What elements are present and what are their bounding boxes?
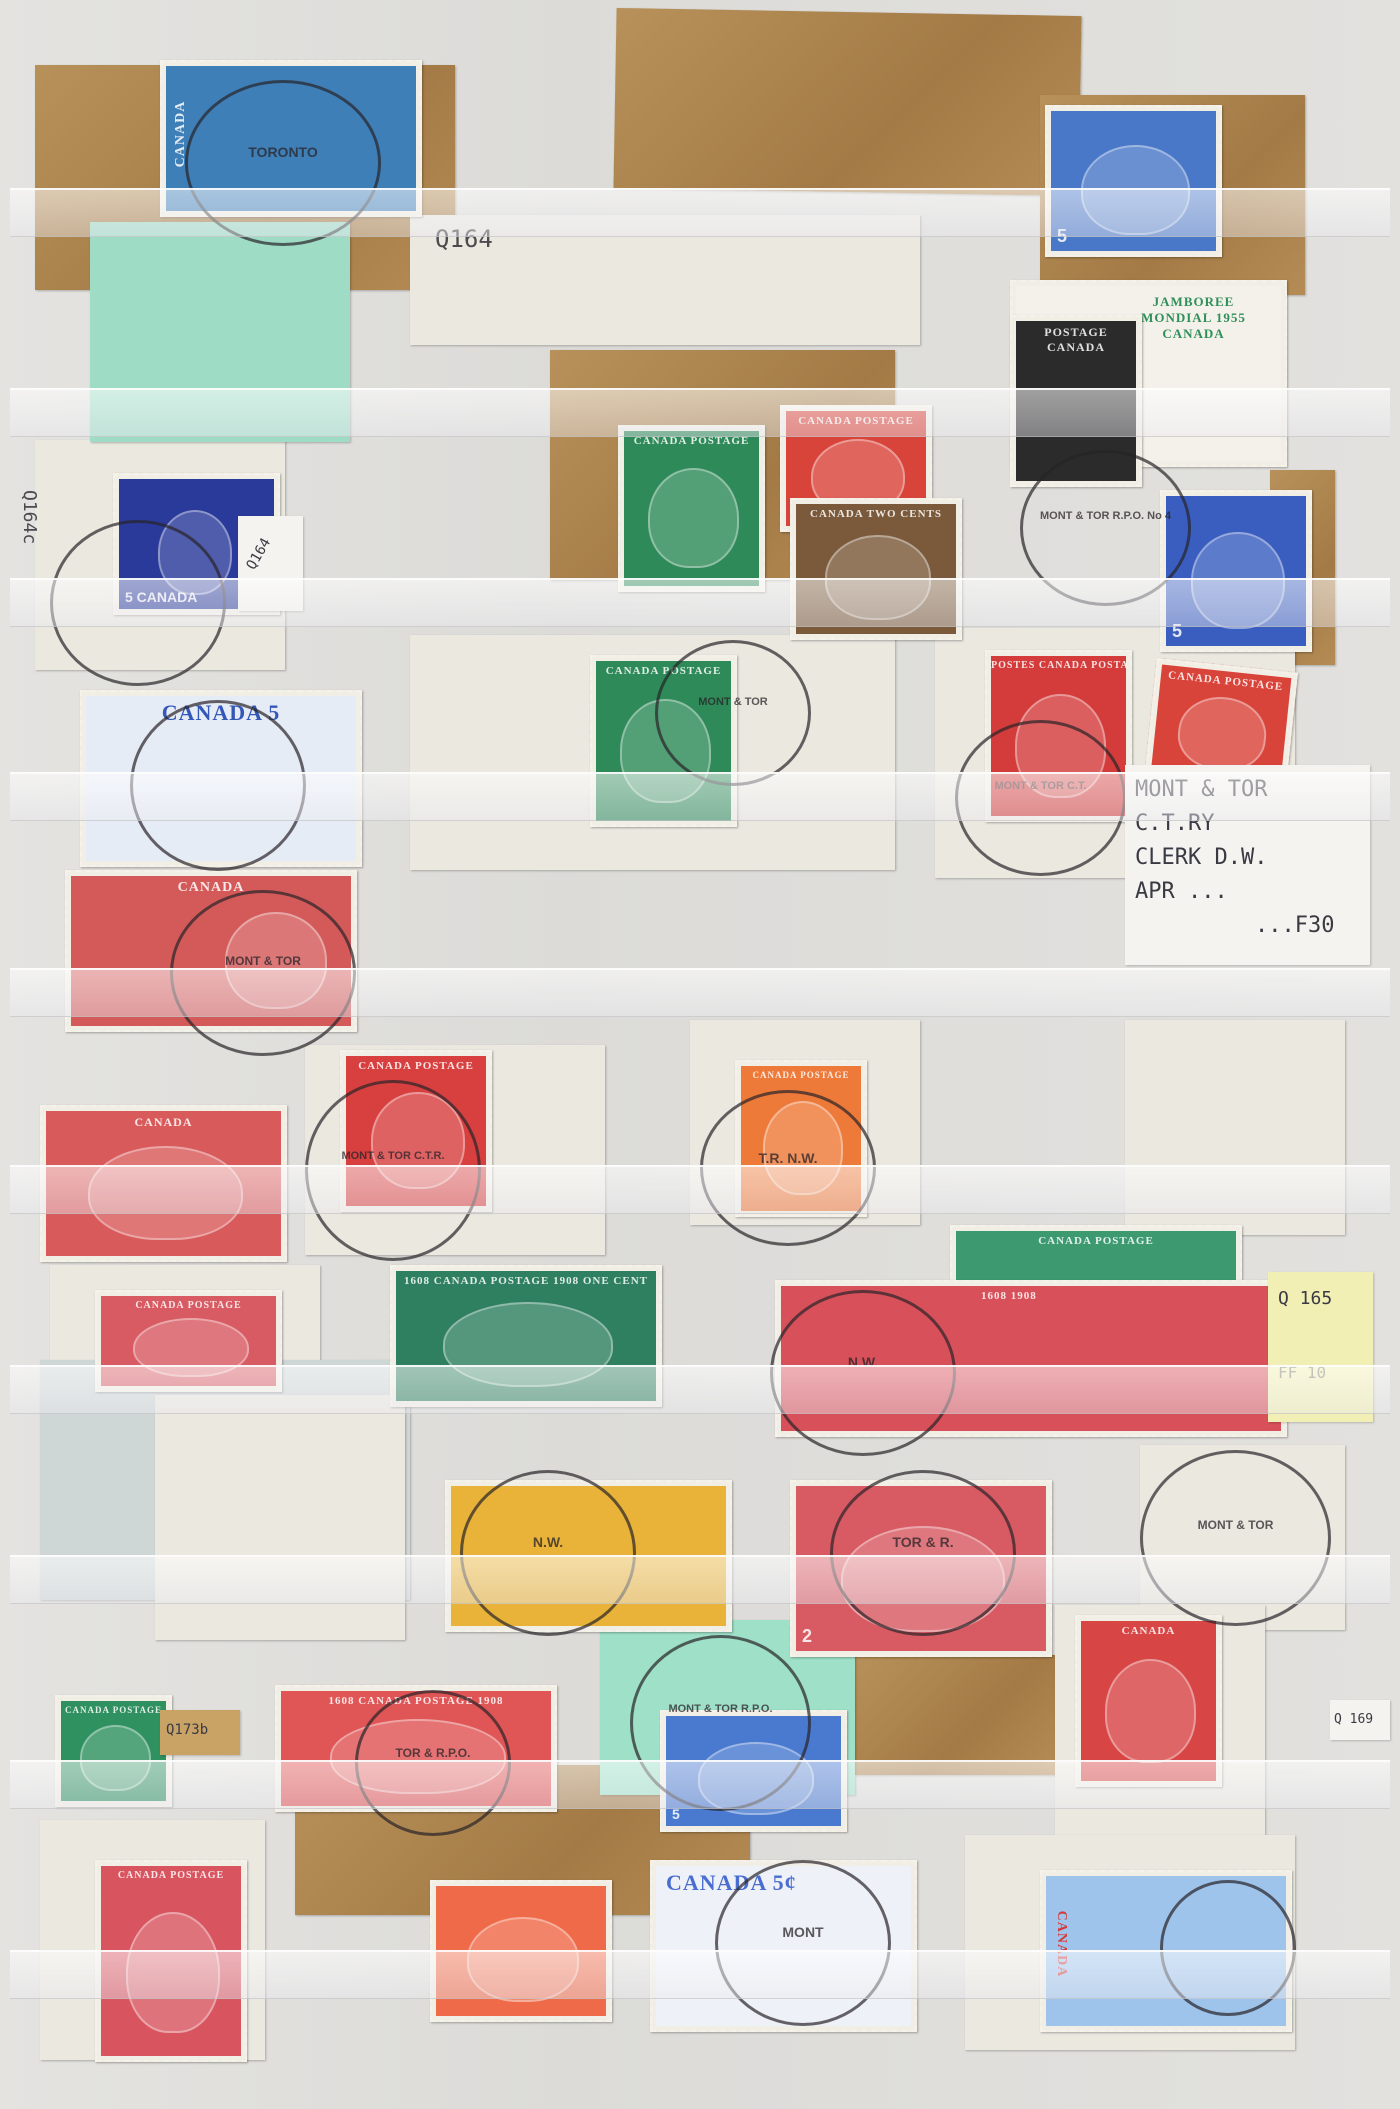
stamp: CANADA POSTAGE xyxy=(735,1060,867,1217)
stamp: CANADA xyxy=(1040,1870,1292,2032)
kraft-piece xyxy=(613,8,1081,196)
note-line: Q 165 xyxy=(1278,1282,1363,1316)
q165-note: Q 165 FF 10 xyxy=(1268,1272,1373,1422)
note-line: CLERK D.W. xyxy=(1135,841,1360,875)
stamp: CANADA 5¢ xyxy=(650,1860,917,2032)
note-line: FF 10 xyxy=(1278,1356,1363,1390)
stamp: 1608 CANADA POSTAGE 1908 xyxy=(275,1685,557,1812)
stamp: 5 xyxy=(1160,490,1312,652)
stamp: CANADA 5 xyxy=(80,690,362,867)
stockbook-page: CANADA 5 JAMBOREE MONDIAL 1955 CANADA PO… xyxy=(0,0,1400,2109)
paper-piece xyxy=(90,222,350,442)
q164c-vertical-label: Q164c xyxy=(19,490,40,544)
stamp: POSTES CANADA POSTAGE 3 xyxy=(985,650,1132,822)
stamp: CANADA POSTAGE xyxy=(590,655,737,827)
stamp: CANADA TWO CENTS xyxy=(790,498,962,640)
q164-small-note: Q164 xyxy=(238,516,303,611)
q169-note: Q 169 xyxy=(1330,1700,1390,1740)
stamp: 5 xyxy=(1045,105,1222,257)
note-line: MONT & TOR xyxy=(1135,773,1360,807)
rpo-note-card: MONT & TOR C.T.RY CLERK D.W. APR ... ...… xyxy=(1125,765,1370,965)
stamp: CANADA xyxy=(40,1105,287,1262)
stamp: CANADA POSTAGE xyxy=(95,1860,247,2062)
stamp: CANADA xyxy=(1075,1615,1222,1787)
q173b-note: Q173b xyxy=(160,1710,240,1755)
stamp: CANADA POSTAGE xyxy=(95,1290,282,1392)
g164-upper-label: Q164 xyxy=(435,225,493,253)
stamp: POSTAGE CANADA xyxy=(1010,315,1142,487)
stamp: 2 xyxy=(790,1480,1052,1657)
stamp: 1608 1908 xyxy=(775,1280,1287,1437)
stamp: CANADA xyxy=(65,870,357,1032)
note-line: C.T.RY xyxy=(1135,807,1360,841)
paper-piece xyxy=(1140,1445,1345,1630)
stamp: 1608 CANADA POSTAGE 1908 ONE CENT xyxy=(390,1265,662,1407)
stamp: CANADA xyxy=(160,60,422,217)
stamp xyxy=(430,1880,612,2022)
paper-piece xyxy=(155,1395,405,1640)
note-line: APR ... xyxy=(1135,875,1360,909)
note-line: ...F30 xyxy=(1135,909,1360,943)
paper-piece xyxy=(1125,1020,1345,1235)
stamp: 5 xyxy=(660,1710,847,1832)
kraft-piece xyxy=(855,1655,1055,1775)
stamp: CANADA POSTAGE xyxy=(340,1050,492,1212)
stamp xyxy=(445,1480,732,1632)
stamp: CANADA POSTAGE xyxy=(55,1695,172,1807)
stamp: CANADA POSTAGE xyxy=(618,425,765,592)
